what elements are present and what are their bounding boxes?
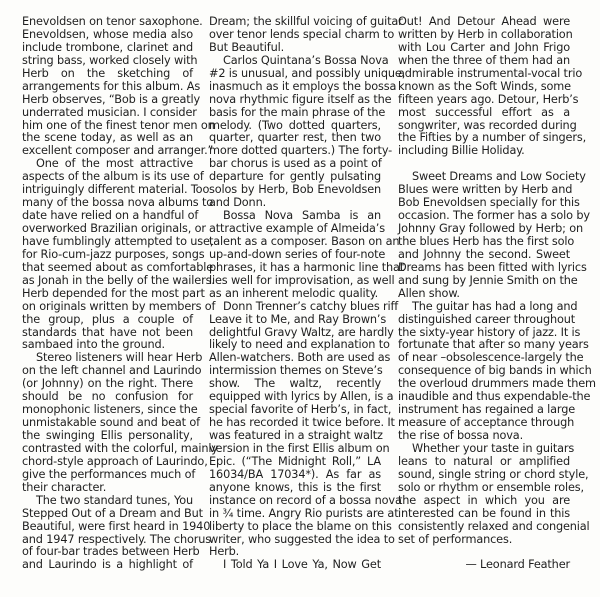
text-line: written by Herb in collaboration: [398, 29, 570, 42]
text-line: nova rhythmic figure itself as the: [209, 94, 381, 107]
text-column-2: Dream; the skillful voicing of guitarove…: [209, 16, 381, 572]
text-line: The guitar has had a long and: [398, 301, 570, 314]
text-line: consistently relaxed and congenial: [398, 521, 570, 534]
text-line: in ¾ time. Angry Rio purists are at: [209, 508, 381, 521]
text-line: Whether your taste in guitars: [398, 443, 570, 456]
text-line: as Jonah in the belly of the wailers.: [22, 275, 193, 288]
text-line: the blues Herb has the first solo: [398, 236, 570, 249]
text-line: Enevoldsen, whose media also: [22, 29, 193, 42]
text-line: fifteen years ago. Detour, Herb’s: [398, 94, 570, 107]
text-line: including Billie Holiday.: [398, 145, 570, 158]
text-line: up-and-down series of four-note: [209, 249, 381, 262]
text-line: Beautiful, were first heard in 1940: [22, 521, 193, 534]
text-line: string bass, worked closely with: [22, 55, 193, 68]
text-line: chord-style approach of Laurindo,: [22, 456, 193, 469]
text-line: liberty to place the blame on this: [209, 521, 381, 534]
text-line: inasmuch as it employs the bossa: [209, 81, 381, 94]
text-line: Herb on the sketching of: [22, 68, 193, 81]
text-line: and sung by Jennie Smith on the: [398, 275, 570, 288]
text-line: when the three of them had an: [398, 55, 570, 68]
text-line: their character.: [22, 482, 193, 495]
text-line: talent as a composer. Bason on an: [209, 236, 381, 249]
text-line: leans to natural or amplified: [398, 456, 570, 469]
text-line: give the performances much of: [22, 469, 193, 482]
text-line: for Rio-cum-jazz purposes, songs: [22, 249, 193, 262]
text-line: But Beautiful.: [209, 42, 381, 55]
liner-notes-page: Enevoldsen on tenor saxophone.Enevoldsen…: [0, 0, 600, 597]
text-line: 16034/BA 17034*). As far as: [209, 469, 381, 482]
text-line: have fumblingly attempted to use,: [22, 236, 193, 249]
text-line: Out! And Detour Ahead were: [398, 16, 570, 29]
text-line: solo or rhythm or ensemble roles,: [398, 482, 570, 495]
text-line: Leave it to Me, and Ray Brown’s: [209, 314, 381, 327]
text-line: the aspect in which you are: [398, 495, 570, 508]
text-column-1: Enevoldsen on tenor saxophone.Enevoldsen…: [22, 16, 193, 572]
text-line: the group, plus a couple of: [22, 314, 193, 327]
text-line: I Told Ya I Love Ya, Now Get: [209, 559, 381, 572]
text-line: underrated musician. I consider: [22, 107, 193, 120]
text-line: version in the first Ellis album on: [209, 443, 381, 456]
text-column-3: Out! And Detour Ahead werewritten by Her…: [398, 16, 570, 572]
text-line: on originals written by members of: [22, 301, 193, 314]
text-line: Herb observes, “Bob is a greatly: [22, 94, 193, 107]
text-line: Dreams has been fitted with lyrics: [398, 262, 570, 275]
text-line: admirable instrumental-vocal trio: [398, 68, 570, 81]
text-line: sound, single string or chord style,: [398, 469, 570, 482]
text-line: the rise of bossa nova.: [398, 430, 570, 443]
text-line: and Johnny the second. Sweet: [398, 249, 570, 262]
text-line: as an inherent melodic quality.: [209, 288, 381, 301]
text-line: contrasted with the colorful, mainly: [22, 443, 193, 456]
text-line: distinguished career throughout: [398, 314, 570, 327]
text-line: Herb depended for the most part: [22, 288, 193, 301]
text-line: that seemed about as comfortable: [22, 262, 193, 275]
text-line: phrases, it has a harmonic line that: [209, 262, 381, 275]
text-line: Dream; the skillful voicing of guitar: [209, 16, 381, 29]
text-line: and Laurindo is a highlight of: [22, 559, 193, 572]
text-line: arrangements for this album. As: [22, 81, 193, 94]
text-line: most successful effort as a: [398, 107, 570, 120]
text-line: known as the Soft Winds, some: [398, 81, 570, 94]
text-line: overworked Brazilian originals, or: [22, 223, 193, 236]
text-line: Stepped Out of a Dream and But: [22, 508, 193, 521]
text-line: Allen show.: [398, 288, 570, 301]
text-line: Enevoldsen on tenor saxophone.: [22, 16, 193, 29]
author-signature: — Leonard Feather: [398, 559, 570, 572]
text-line: basis for the main phrase of the: [209, 107, 381, 120]
text-line: interested can be found in this: [398, 508, 570, 521]
text-line: was featured in a straight waltz: [209, 430, 381, 443]
text-line: anyone knows, this is the first: [209, 482, 381, 495]
text-line: the swinging Ellis personality,: [22, 430, 193, 443]
text-line: Carlos Quintana’s Bossa Nova: [209, 55, 381, 68]
text-line: #2 is unusual, and possibly unique,: [209, 68, 381, 81]
text-line: Donn Trenner’s catchy blues riff: [209, 301, 381, 314]
text-line: include trombone, clarinet and: [22, 42, 193, 55]
text-line: set of performances.: [398, 534, 570, 547]
text-line: The two standard tunes, You: [22, 495, 193, 508]
text-line: with Lou Carter and John Frigo: [398, 42, 570, 55]
text-line: instance on record of a bossa nova: [209, 495, 381, 508]
text-line: attractive example of Almeida’s: [209, 223, 381, 236]
text-line: Johnny Gray followed by Herb; on: [398, 223, 570, 236]
text-line: lies well for improvisation, as well: [209, 275, 381, 288]
text-line: over tenor lends special charm to: [209, 29, 381, 42]
text-line: Epic. (“The Midnight Roll,” LA: [209, 456, 381, 469]
